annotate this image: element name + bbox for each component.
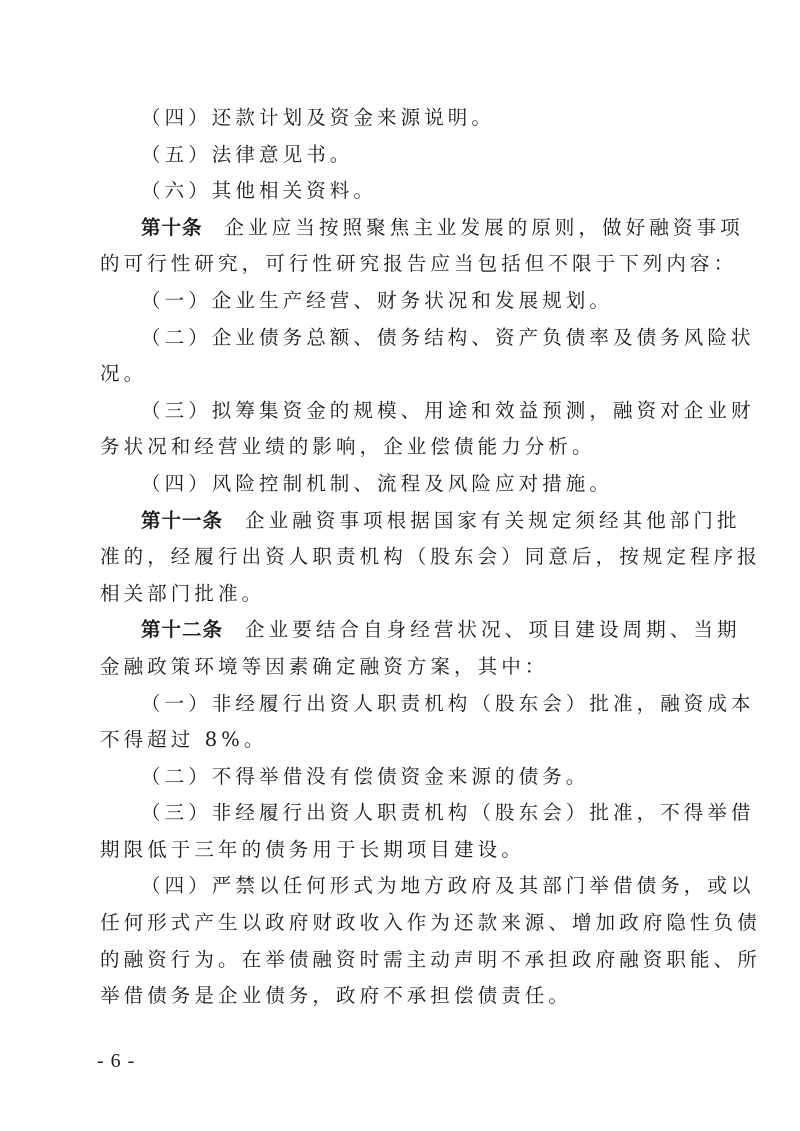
article-11: 第十一条企业融资事项根据国家有关规定须经其他部门批 <box>100 503 700 540</box>
article-heading: 第十二条 <box>141 618 223 641</box>
paragraph-line: 务状况和经营业绩的影响，企业偿债能力分析。 <box>100 429 700 466</box>
paragraph-line: 的融资行为。在举债融资时需主动声明不承担政府融资职能、所 <box>100 942 700 979</box>
list-item: （二）企业债务总额、债务结构、资产负债率及债务风险状 <box>100 320 700 357</box>
list-item: （一）企业生产经营、财务状况和发展规划。 <box>100 283 700 320</box>
paragraph-line: 金融政策环境等因素确定融资方案，其中： <box>100 649 700 686</box>
page-number: - 6 - <box>97 1050 135 1073</box>
paragraph-line: 任何形式产生以政府财政收入作为还款来源、增加政府隐性负债 <box>100 905 700 942</box>
list-item: （三）拟筹集资金的规模、用途和效益预测，融资对企业财 <box>100 393 700 430</box>
article-10: 第十条企业应当按照聚焦主业发展的原则，做好融资事项 <box>100 210 700 247</box>
list-item: （四）严禁以任何形式为地方政府及其部门举借债务，或以 <box>100 868 700 905</box>
article-12: 第十二条企业要结合自身经营状况、项目建设周期、当期 <box>100 612 700 649</box>
article-text: 企业要结合自身经营状况、项目建设周期、当期 <box>245 618 741 641</box>
article-text: 企业融资事项根据国家有关规定须经其他部门批 <box>245 509 741 532</box>
paragraph-line: 期限低于三年的债务用于长期项目建设。 <box>100 832 700 869</box>
paragraph-line: 举借债务是企业债务，政府不承担偿债责任。 <box>100 978 700 1015</box>
list-item: （三）非经履行出资人职责机构（股东会）批准，不得举借 <box>100 795 700 832</box>
paragraph-line: 的可行性研究，可行性研究报告应当包括但不限于下列内容： <box>100 246 700 283</box>
article-text: 企业应当按照聚焦主业发展的原则，做好融资事项 <box>225 216 744 239</box>
list-item: （二）不得举借没有偿债资金来源的债务。 <box>100 759 700 796</box>
paragraph-line: 准的，经履行出资人职责机构（股东会）同意后，按规定程序报 <box>100 539 700 576</box>
list-item: （一）非经履行出资人职责机构（股东会）批准，融资成本 <box>100 686 700 723</box>
list-item: （六）其他相关资料。 <box>100 173 700 210</box>
paragraph-line: 不得超过 8%。 <box>100 722 700 759</box>
list-item: （四）风险控制机制、流程及风险应对措施。 <box>100 466 700 503</box>
list-item: （四）还款计划及资金来源说明。 <box>100 100 700 137</box>
article-heading: 第十条 <box>141 216 203 239</box>
paragraph-line: 况。 <box>100 356 700 393</box>
list-item: （五）法律意见书。 <box>100 137 700 174</box>
article-heading: 第十一条 <box>141 509 223 532</box>
paragraph-line: 相关部门批准。 <box>100 576 700 613</box>
document-page: （四）还款计划及资金来源说明。 （五）法律意见书。 （六）其他相关资料。 第十条… <box>100 100 700 1015</box>
